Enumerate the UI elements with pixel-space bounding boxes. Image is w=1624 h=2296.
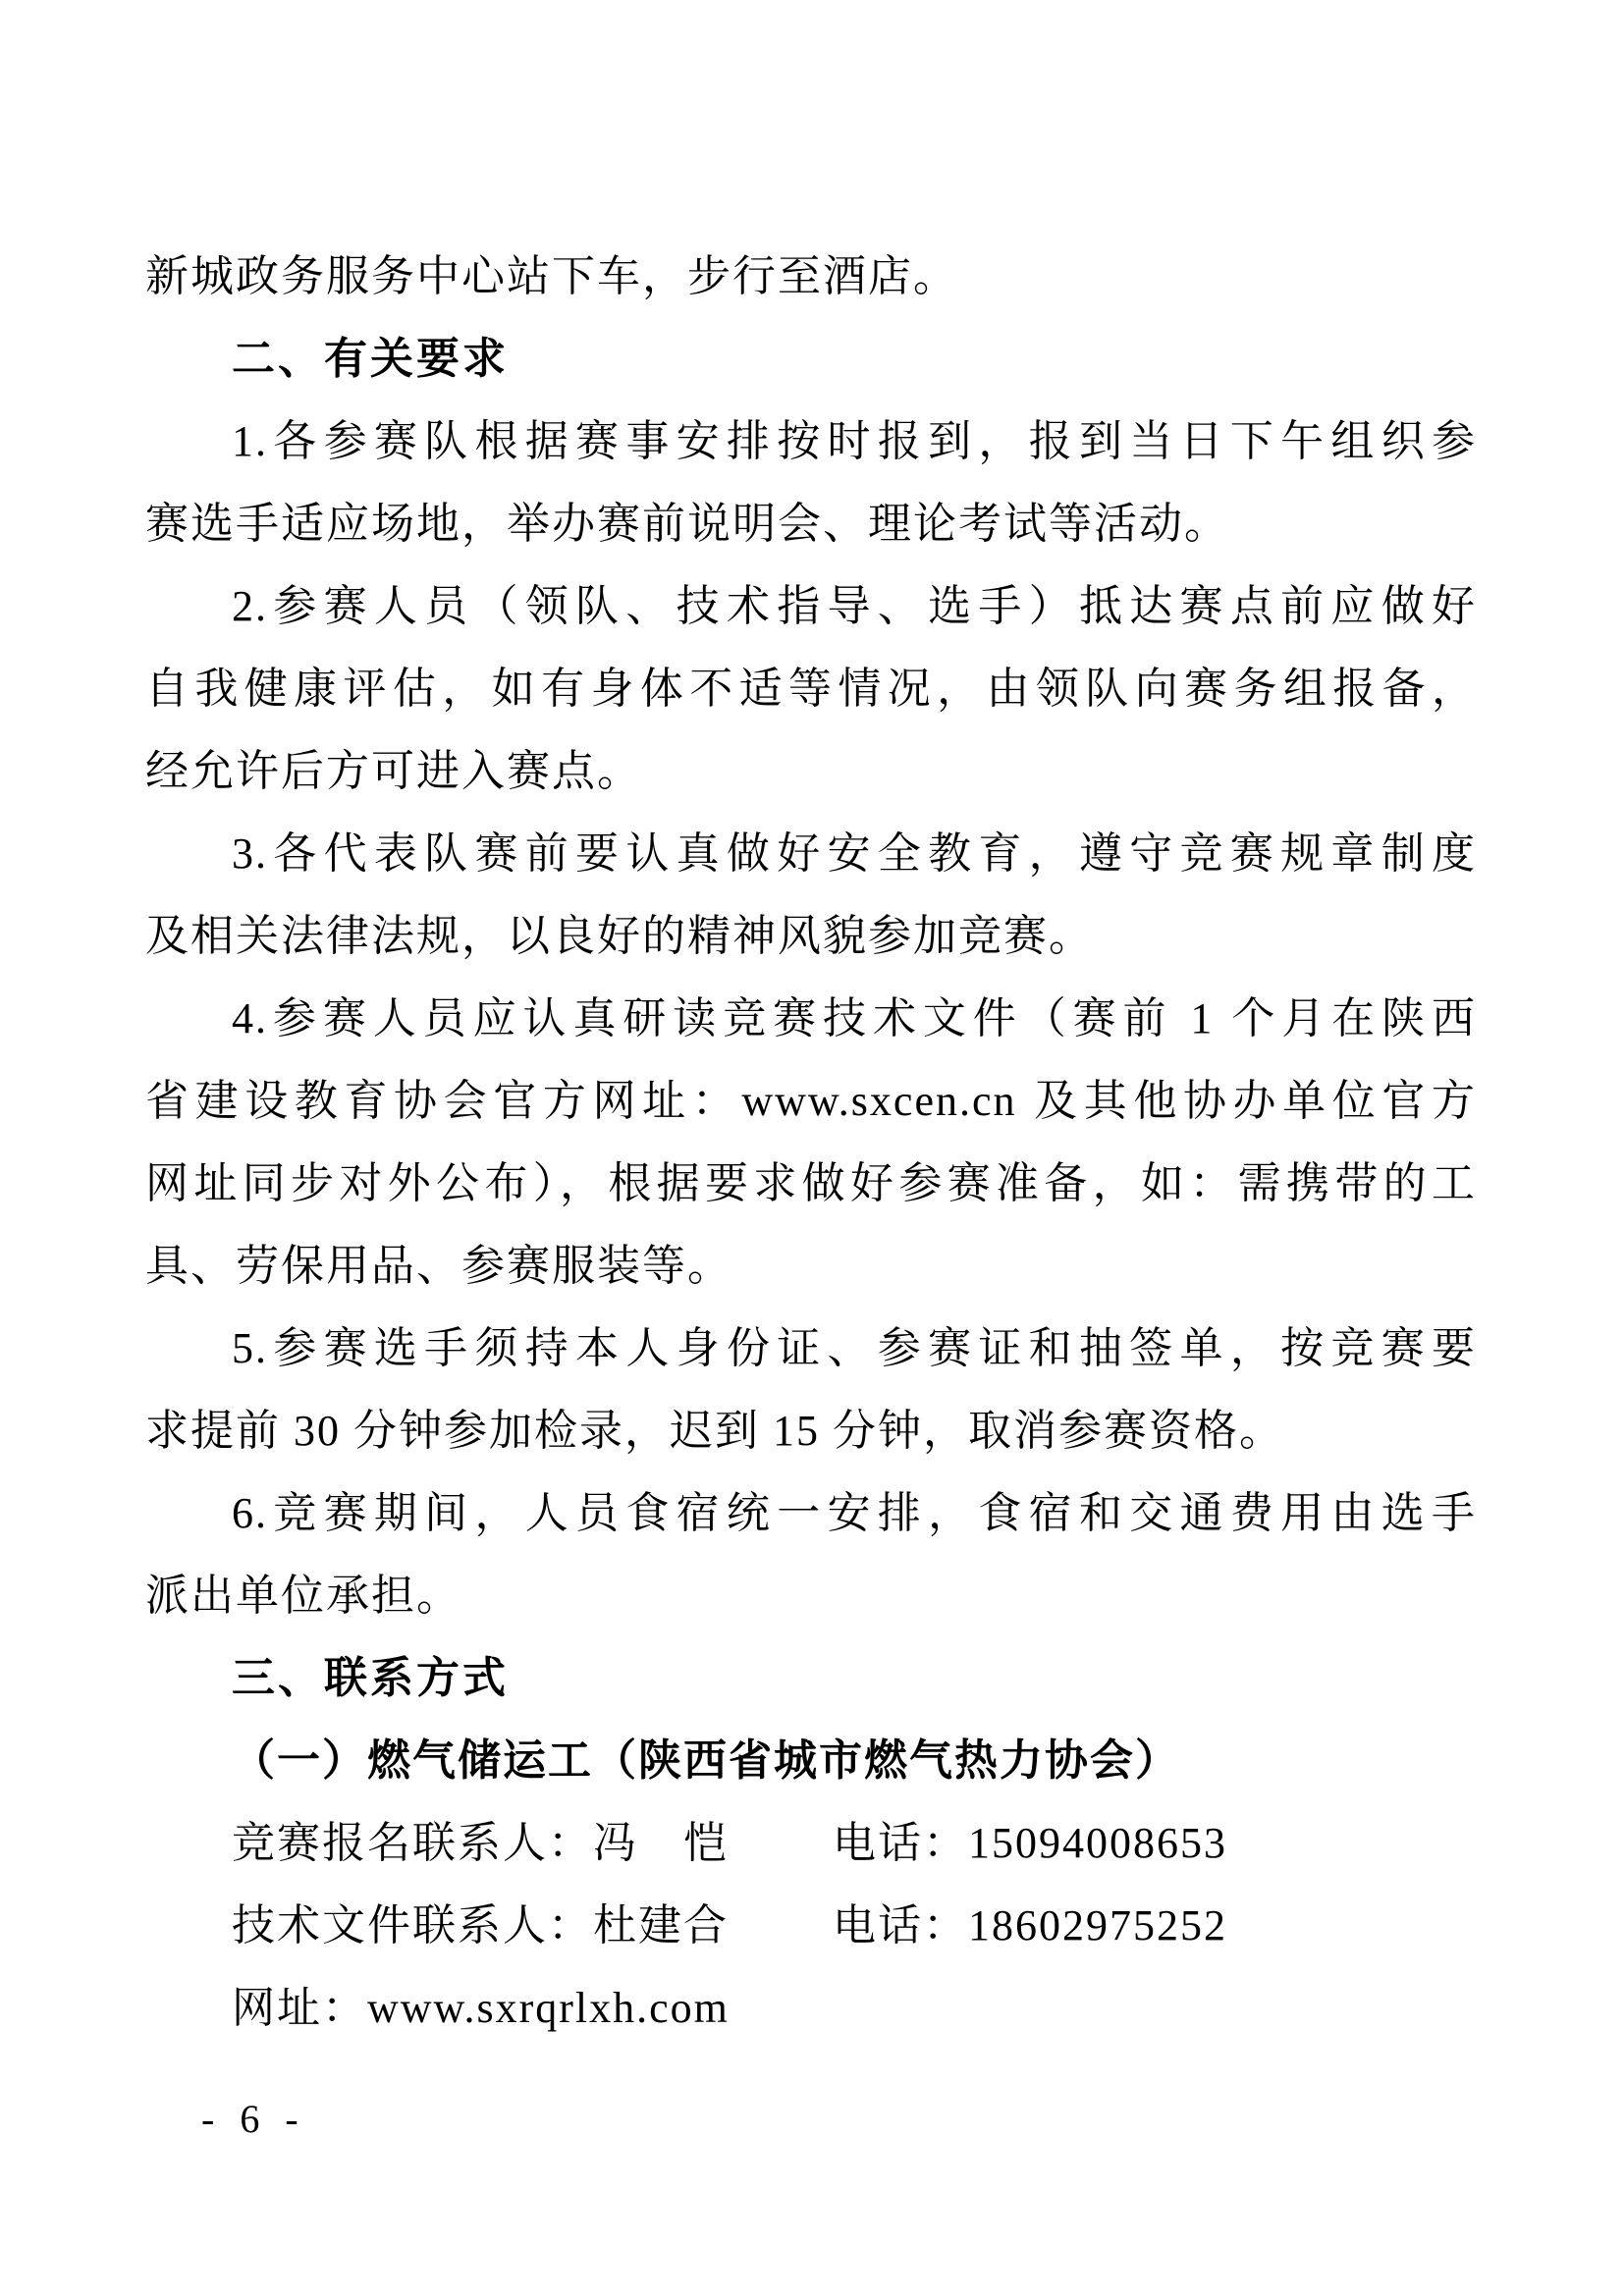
document-line: 派出单位承担。 [145,1555,1477,1637]
subsection-heading: （一）燃气储运工（陕西省城市燃气热力协会） [145,1720,1477,1802]
contact-person: 竞赛报名联系人：冯 恺 [232,1802,833,1885]
document-line: 2.参赛人员（领队、技术指导、选手）抵达赛点前应做好 [145,565,1477,648]
document-line: 3.各代表队赛前要认真做好安全教育，遵守竞赛规章制度 [145,813,1477,895]
contact-row: 技术文件联系人：杜建合电话：18602975252 [145,1885,1477,1967]
document-line: 6.竞赛期间，人员食宿统一安排，食宿和交通费用由选手 [145,1472,1477,1555]
section-heading: 三、联系方式 [145,1637,1477,1720]
document-line: 省建设教育协会官方网址：www.sxcen.cn 及其他协办单位官方 [145,1060,1477,1143]
document-page: 新城政务服务中心站下车，步行至酒店。 二、有关要求 1.各参赛队根据赛事安排按时… [0,0,1624,2296]
document-line: 及相关法律法规，以良好的精神风貌参加竞赛。 [145,895,1477,978]
contact-website: 网址：www.sxrqrlxh.com [232,1967,833,2050]
contact-phone: 电话：15094008653 [833,1802,1227,1885]
document-line: 求提前 30 分钟参加检录，迟到 15 分钟，取消参赛资格。 [145,1390,1477,1472]
document-line: 赛选手适应场地，举办赛前说明会、理论考试等活动。 [145,483,1477,565]
document-line: 经允许后方可进入赛点。 [145,730,1477,813]
page-number: - 6 - [201,2096,306,2142]
document-line: 4.参赛人员应认真研读竞赛技术文件（赛前 1 个月在陕西 [145,978,1477,1060]
document-line: 新城政务服务中心站下车，步行至酒店。 [145,236,1477,318]
document-line: 5.参赛选手须持本人身份证、参赛证和抽签单，按竞赛要 [145,1308,1477,1390]
contact-row: 网址：www.sxrqrlxh.com [145,1967,1477,2050]
contact-row: 竞赛报名联系人：冯 恺电话：15094008653 [145,1802,1477,1885]
document-line: 1.各参赛队根据赛事安排按时报到，报到当日下午组织参 [145,400,1477,483]
document-line: 具、劳保用品、参赛服装等。 [145,1225,1477,1308]
contact-phone: 电话：18602975252 [833,1885,1227,1967]
document-line: 自我健康评估，如有身体不适等情况，由领队向赛务组报备， [145,648,1477,730]
section-heading: 二、有关要求 [145,318,1477,400]
document-line: 网址同步对外公布），根据要求做好参赛准备，如：需携带的工 [145,1143,1477,1225]
contact-person: 技术文件联系人：杜建合 [232,1885,833,1967]
